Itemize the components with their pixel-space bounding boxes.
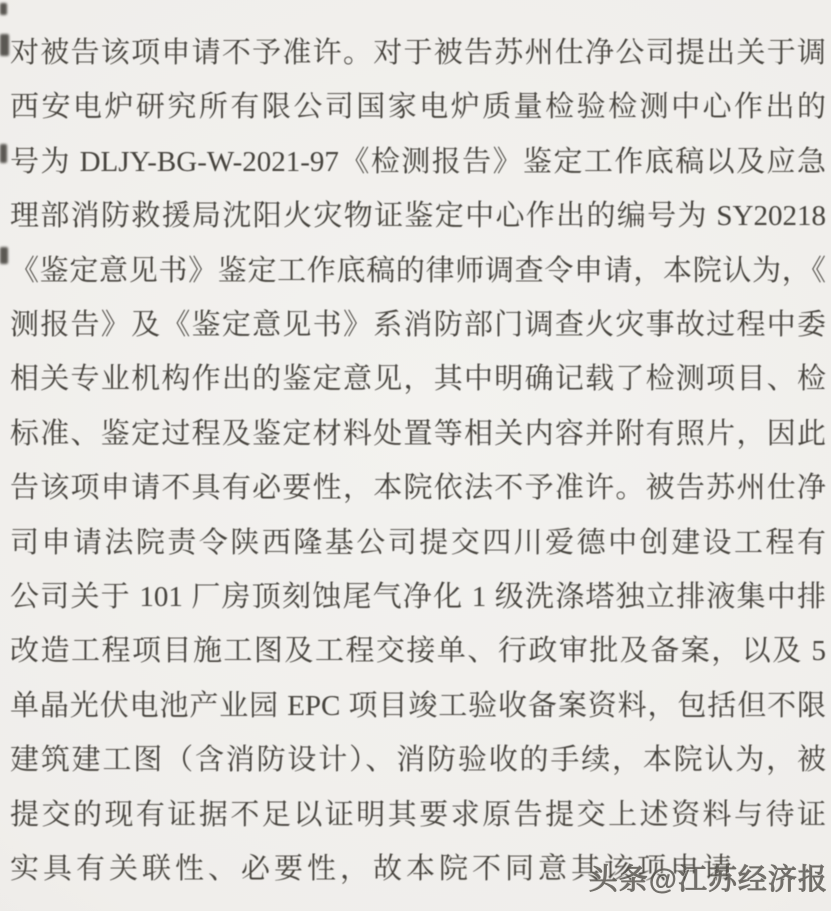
text-line: 西安电炉研究所有限公司国家电炉质量检验检测中心作出的 [10,80,826,134]
text-line: 公司关于 101 厂房顶刻蚀尾气净化 1 级洗涤塔独立排液集中排 [10,570,826,624]
document-page: 对被告该项申请不予准许。对于被告苏州仕净公司提出关于调 西安电炉研究所有限公司国… [0,0,831,911]
page-edge-artifact [0,144,7,163]
text-line: 号为 DLJY-BG-W-2021-97《检测报告》鉴定工作底稿以及应急 [10,135,826,189]
document-text: 对被告该项申请不予准许。对于被告苏州仕净公司提出关于调 西安电炉研究所有限公司国… [10,26,826,897]
text-line: 提交的现有证据不足以证明其要求原告提交上述资料与待证 [10,788,826,842]
page-edge-artifact [0,247,8,264]
text-line: 理部消防救援局沈阳火灾物证鉴定中心作出的编号为 SY20218 [10,189,826,243]
text-line: 告该项申请不具有必要性，本院依法不予准许。被告苏州仕净 [10,461,826,515]
text-line: 测报告》及《鉴定意见书》系消防部门调查火灾事故过程中委 [10,298,826,352]
watermark-toutiao-jiangsu-economic-daily: 头条@江苏经济报 [589,857,828,898]
text-line: 单晶光伏电池产业园 EPC 项目竣工验收备案资料，包括但不限 [10,679,826,733]
text-line: 改造工程项目施工图及工程交接单、行政审批及备案，以及 5 [10,624,826,678]
page-edge-artifact [0,3,7,15]
page-edge-artifact [0,34,9,56]
text-line: 建筑建工图（含消防设计）、消防验收的手续，本院认为，被 [10,733,826,787]
text-line: 《鉴定意见书》鉴定工作底稿的律师调查令申请，本院认为，《 [10,244,826,298]
text-line: 标准、鉴定过程及鉴定材料处置等相关内容并附有照片，因此 [10,407,826,461]
text-line: 相关专业机构作出的鉴定意见，其中明确记载了检测项目、检 [10,352,826,406]
text-line: 对被告该项申请不予准许。对于被告苏州仕净公司提出关于调 [10,26,826,80]
text-line: 司申请法院责令陕西隆基公司提交四川爱德中创建设工程有 [10,516,826,570]
